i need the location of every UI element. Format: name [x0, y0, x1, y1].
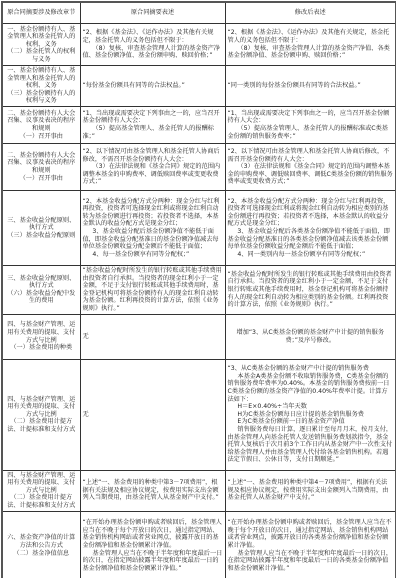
revised-text: “1、当出现或需要决定下列事由之一的，应当召开基金份额持有人大会： — [228, 110, 394, 125]
revised-text: “2、以下情况可由基金管理人和基金托管人协商后修改，不需召开基金份额持有人大会： — [228, 148, 394, 163]
original-cell: “在开始办理基金份额申购或者赎回后，基金管理人应当在不晚于每个开放日的次日，通过… — [80, 511, 225, 578]
original-text: 3、基金收益分配后基金份额净值不能低于面值，即基金收益分配基准日的基金份额净值减… — [83, 228, 223, 251]
revised-cell: “上述“一、基金费用的种类中第4－7项费用”，根据有关法规及相应协议规定，按费用… — [225, 470, 396, 511]
revised-cell: “2、本基金收益分配方式分两种：现金分红与红利再投资，投资者可选择现金红利或将现… — [225, 190, 396, 265]
header-row: 原合同摘要涉及修改章节 原合同摘要表述 修改后表述 — [2, 2, 396, 24]
original-text: 无 — [83, 333, 223, 341]
revised-cell: “3、从C类基金份额的基金财产中计提的销售服务费 本基金A类基金份额不收取销售服… — [225, 359, 396, 470]
header-revised: 修改后表述 — [225, 2, 396, 24]
section-subtitle: （一）召开事由 — [5, 175, 78, 183]
table-row: 四、与基金财产管理、运用有关费用的提取、支付方式与比例 （二）基金费用计提方法、… — [2, 470, 396, 511]
revised-text: 3、基金收益分配后各类基金份额净值不能低于面值，即基金收益分配基准日的各类基金份… — [228, 228, 394, 251]
section-cell: 三、基金收益分配原则、执行方式 （三）基金收益分配原则 — [2, 190, 80, 265]
original-text: “1、当出现或需要决定下列事由之一的，应当召开基金份额持有人大会： — [83, 110, 223, 125]
original-text: 无 — [83, 411, 223, 419]
revised-text: “3、从C类基金份额的基金财产中计提的销售服务费 — [228, 365, 394, 373]
revised-text: 销售服务费每日计算，逐日累计至每月月末，按月支付，由基金管理人向基金托管人发送销… — [228, 426, 394, 464]
section-title: 一、基金份额持有人、基金管理人和基金托管人的权利、义务 — [5, 26, 78, 49]
section-subtitle: （三）基金份额持有人的权利与义务 — [5, 90, 78, 105]
section-title: 四、与基金财产管理、运用有关费用的提取、支付方式与比例 — [5, 472, 78, 495]
section-subtitle: （三）基金收益分配原则 — [5, 232, 78, 240]
original-text: “2、以下情况可由基金管理人和基金托管人协商后修改，不需召开基金份额持有人大会： — [83, 148, 223, 163]
section-cell: 三、基金收益分配原则、执行方式 （六）基金收益分配中发生的费用 — [2, 265, 80, 314]
original-cell: “2、本基金收益分配方式分两种：现金分红与红利再投资，投资者可选择现金红利或将现… — [80, 190, 225, 265]
original-cell: “2、以下情况可由基金管理人和基金托管人协商后修改，不需召开基金份额持有人大会：… — [80, 143, 225, 190]
original-text: “2、本基金收益分配方式分两种：现金分红与红利再投资，投资者可选择现金红利或将现… — [83, 198, 223, 228]
section-title: 三、基金收益分配原则、执行方式 — [5, 217, 78, 232]
section-cell: 四、与基金财产管理、运用有关费用的提取、支付方式与比例 （一）基金费用的种类 — [2, 314, 80, 359]
original-cell: “2、根据《基金法》、《运作办法》及其他有关规定，基金托管人的义务包括但不限于：… — [80, 24, 225, 66]
section-title: 二、基金份额持有人大会召集、议事及表决的程序和规则 — [5, 152, 78, 175]
original-cell: “上述“一、基金费用的种类中第3－7项费用”，根据有关法规及相应协议规定，按费用… — [80, 470, 225, 511]
header-section: 原合同摘要涉及修改章节 — [2, 2, 80, 24]
revised-cell: “在开始办理基金份额申购或者赎回后，基金管理人应当在不晚于每个开放日的次日，通过… — [225, 511, 396, 578]
section-subtitle: （二）基金费用计提方法、计提标准和支付方式 — [5, 418, 78, 433]
section-cell: 六、基金资产净值的计算方法和公告方式 （二）基金净值信息 — [2, 511, 80, 578]
section-cell: 二、基金份额持有人大会召集、议事及表决的程序和规则 （一）召开事由 — [2, 106, 80, 143]
revised-text: （3）在法律法规和《基金合同》规定的范围内调整本基金的申购费率、调低赎回费率、调… — [228, 163, 394, 186]
revised-cell: “2、根据《基金法》、《运作办法》及其他有关规定，基金托管人的义务包括但不限于：… — [225, 24, 396, 66]
original-cell: “每份基金份额具有同等的合法权益。” — [80, 66, 225, 107]
section-subtitle: （二）基金托管人的权利与义务 — [5, 48, 78, 63]
revised-text: H＝E×0.40%÷当年天数 — [228, 403, 394, 411]
table-row: 四、与基金财产管理、运用有关费用的提取、支付方式与比例 （二）基金费用计提方法、… — [2, 359, 396, 470]
table-row: 二、基金份额持有人大会召集、议事及表决的程序和规则 （一）召开事由 “2、以下情… — [2, 143, 396, 190]
original-text: （5）提高基金管理人、基金托管人的报酬标准；” — [83, 125, 223, 140]
revised-cell: “2、以下情况可由基金管理人和基金托管人协商后修改，不需召开基金份额持有人大会：… — [225, 143, 396, 190]
revised-cell: “基金收益分配时所发生的银行转账或其他手续费用由投资者自行承担。当投资者的现金红… — [225, 265, 396, 314]
table-row: 一、基金份额持有人、基金管理人和基金托管人的权利、义务 （三）基金份额持有人的权… — [2, 66, 396, 107]
revised-text: 本基金A类基金份额不收取销售服务费，C类基金份额的销售服务费年费率为0.40%。… — [228, 373, 394, 403]
table-row: 四、与基金财产管理、运用有关费用的提取、支付方式与比例 （一）基金费用的种类 无… — [2, 314, 396, 359]
header-original: 原合同摘要表述 — [80, 2, 225, 24]
amendment-table: 原合同摘要涉及修改章节 原合同摘要表述 修改后表述 一、基金份额持有人、基金管理… — [1, 1, 396, 578]
section-title: 四、与基金财产管理、运用有关费用的提取、支付方式与比例 — [5, 321, 78, 344]
revised-text: “上述“一、基金费用的种类中第4－7项费用”，根据有关法规及相应协议规定，按费用… — [228, 479, 394, 502]
revised-text: “基金收益分配时所发生的银行转账或其他手续费用由投资者自行承担。当投资者的现金红… — [228, 271, 394, 309]
revised-text: （5）提高基金管理人、基金托管人的报酬标准或C类基金份额的销售服务费率；” — [228, 125, 394, 140]
original-text: “2、根据《基金法》、《运作办法》及其他有关规定，基金托管人的义务包括但不限于： — [83, 29, 223, 44]
table-row: 六、基金资产净值的计算方法和公告方式 （二）基金净值信息 “在开始办理基金份额申… — [2, 511, 396, 578]
original-text: 4、每一基金份额享有同等分配权；” — [83, 251, 223, 259]
original-text: （3）在法律法规和《基金合同》规定的范围内调整本基金的申购费率、调低赎回费率或变… — [83, 163, 223, 186]
section-cell: 四、与基金财产管理、运用有关费用的提取、支付方式与比例 （二）基金费用计提方法、… — [2, 470, 80, 511]
table-row: 二、基金份额持有人大会召集、议事及表决的程序和规则 （一）召开事由 “1、当出现… — [2, 106, 396, 143]
revised-text: E为C类基金份额前一日的基金资产净值 — [228, 418, 394, 426]
section-subtitle: （六）基金收益分配中发生的费用 — [5, 290, 78, 305]
revised-text: （8）复核、审查基金管理人计算的基金资产净值、各类基金份额净值、基金份额申购、赎… — [228, 45, 394, 60]
section-subtitle: （一）基金费用的种类 — [5, 344, 78, 352]
original-text: 基金管理人应当在不晚于半年度和年度最后一日的次日，在指定网站披露半年度和年度最后… — [83, 550, 223, 573]
original-text: “基金收益分配时所发生的银行转账或其他手续费用由投资者自行承担。当投资者的现金红… — [83, 267, 223, 313]
section-title: 三、基金收益分配原则、执行方式 — [5, 275, 78, 290]
section-subtitle: （二）基金净值信息 — [5, 550, 78, 558]
original-cell: 无 — [80, 359, 225, 470]
revised-text: “在开始办理基金份额申购或者赎回后，基金管理人应当在不晚于每个开放日的次日，通过… — [228, 519, 394, 549]
section-cell: 一、基金份额持有人、基金管理人和基金托管人的权利、义务 （三）基金份额持有人的权… — [2, 66, 80, 107]
original-text: （8）复核、审查基金管理人计算的基金资产净值、基金份额净值、基金份额申购、赎回价… — [83, 45, 223, 60]
original-text: “在开始办理基金份额申购或者赎回后，基金管理人应当在不晚于每个开放日的次日，通过… — [83, 519, 223, 549]
section-title: 四、与基金财产管理、运用有关费用的提取、支付方式与比例 — [5, 396, 78, 419]
section-title: 一、基金份额持有人、基金管理人和基金托管人的权利、义务 — [5, 67, 78, 90]
revised-text: “同一类别的每份基金份额具有同等的合法权益。” — [228, 82, 394, 90]
section-title: 六、基金资产净值的计算方法和公告方式 — [5, 534, 78, 549]
section-cell: 一、基金份额持有人、基金管理人和基金托管人的权利、义务 （二）基金托管人的权利与… — [2, 24, 80, 66]
revised-cell: “1、当出现或需要决定下列事由之一的，应当召开基金份额持有人大会： （5）提高基… — [225, 106, 396, 143]
table-row: 三、基金收益分配原则、执行方式 （三）基金收益分配原则 “2、本基金收益分配方式… — [2, 190, 396, 265]
section-cell: 四、与基金财产管理、运用有关费用的提取、支付方式与比例 （二）基金费用计提方法、… — [2, 359, 80, 470]
revised-cell: 增加“3、从C类基金份额的基金财产中计提的销售服务费；”及序号修改。 — [225, 314, 396, 359]
original-cell: 无 — [80, 314, 225, 359]
original-cell: “基金收益分配时所发生的银行转账或其他手续费用由投资者自行承担。当投资者的现金红… — [80, 265, 225, 314]
section-subtitle: （一）召开事由 — [5, 133, 78, 141]
revised-text: “2、根据《基金法》、《运作办法》及其他有关规定，基金托管人的义务包括但不限于： — [228, 29, 394, 44]
revised-text: 4、同一类别内每一基金份额享有同等分配权；” — [228, 251, 394, 259]
original-text: “每份基金份额具有同等的合法权益。” — [83, 82, 223, 90]
original-text: “上述“一、基金费用的种类中第3－7项费用”，根据有关法规及相应协议规定，按费用… — [83, 479, 223, 502]
section-subtitle: （二）基金费用计提方法、计提标准和支付方式 — [5, 494, 78, 509]
table-row: 一、基金份额持有人、基金管理人和基金托管人的权利、义务 （二）基金托管人的权利与… — [2, 24, 396, 66]
revised-text: “2、本基金收益分配方式分两种：现金分红与红利再投资，投资者可选择现金红利或将现… — [228, 198, 394, 228]
section-title: 二、基金份额持有人大会召集、议事及表决的程序和规则 — [5, 110, 78, 133]
original-cell: “1、当出现或需要决定下列事由之一的，应当召开基金份额持有人大会： （5）提高基… — [80, 106, 225, 143]
revised-cell: “同一类别的每份基金份额具有同等的合法权益。” — [225, 66, 396, 107]
section-cell: 二、基金份额持有人大会召集、议事及表决的程序和规则 （一）召开事由 — [2, 143, 80, 190]
revised-text: 基金管理人应当在不晚于半年度和年度最后一日的次日，在指定网站披露半年度和年度最后… — [228, 550, 394, 573]
table-row: 三、基金收益分配原则、执行方式 （六）基金收益分配中发生的费用 “基金收益分配时… — [2, 265, 396, 314]
revised-text: 增加“3、从C类基金份额的基金财产中计提的销售服务费；”及序号修改。 — [228, 329, 394, 344]
